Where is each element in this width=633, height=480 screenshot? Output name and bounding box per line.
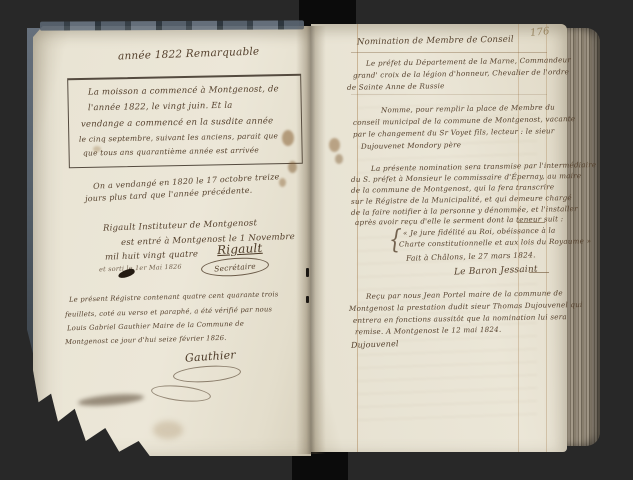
manuscript-line: Dujouvenet Mondory père [361,140,461,151]
page-number: 176 [529,26,550,39]
stain [329,138,340,152]
manuscript-line: grand' croix de la légion d'honneur, Che… [353,67,569,80]
manuscript-line: feuillets, coté au verso et paraphé, a é… [65,305,272,318]
manuscript-line: Louis Gabriel Gauthier Maire de la Commu… [67,320,244,333]
page-heading: année 1822 Remarquable [118,46,260,63]
flourish-oval: Secrétaire [200,256,269,279]
manuscript-line: et sorti le 1er Mai 1826 [99,263,182,274]
smudge-stain [78,392,145,408]
binding-stitch [306,296,309,303]
manuscript-line: est entré à Montgenost le 1 Novembre [121,232,295,248]
manuscript-line: Rigault Instituteur de Montgenost [103,218,257,233]
binding-remnant [40,20,304,30]
book-gutter [296,26,326,454]
ruled-line [351,52,547,53]
manuscript-line: Le présent Régistre contenant quatre cen… [69,290,279,303]
end-dash [529,272,549,273]
manuscript-line: Charte constitutionnelle et aux lois du … [399,236,591,248]
page-heading: Nomination de Membre de Conseil [357,35,514,48]
end-dash [517,222,545,223]
ruled-line [351,94,547,95]
signature-reception: Dujouvenel [351,339,399,350]
signature-title: Secrétaire [214,261,256,273]
manuscript-line: Montgenost ce jour d'hui seize février 1… [65,334,227,346]
right-page: 176 Nomination de Membre de Conseil Le p… [311,24,567,452]
stain [335,154,343,164]
manuscript-line: mil huit vingt quatre [105,249,199,262]
flourish-oval [150,383,211,404]
cradle-strip-bottom [292,452,348,480]
flourish-oval [173,364,242,385]
binding-stitch [306,268,309,277]
manuscript-line: Le préfet du Département de la Marne, Co… [366,55,571,68]
stain [153,421,183,439]
signature-gauthier: Gauthier [185,348,237,365]
signature-rigault: Rigault [217,241,263,257]
archival-scan: année 1822 Remarquable La moisson a comm… [0,0,633,480]
manuscript-line: de Sainte Anne de Russie [347,81,445,92]
left-page: année 1822 Remarquable La moisson a comm… [33,26,311,456]
